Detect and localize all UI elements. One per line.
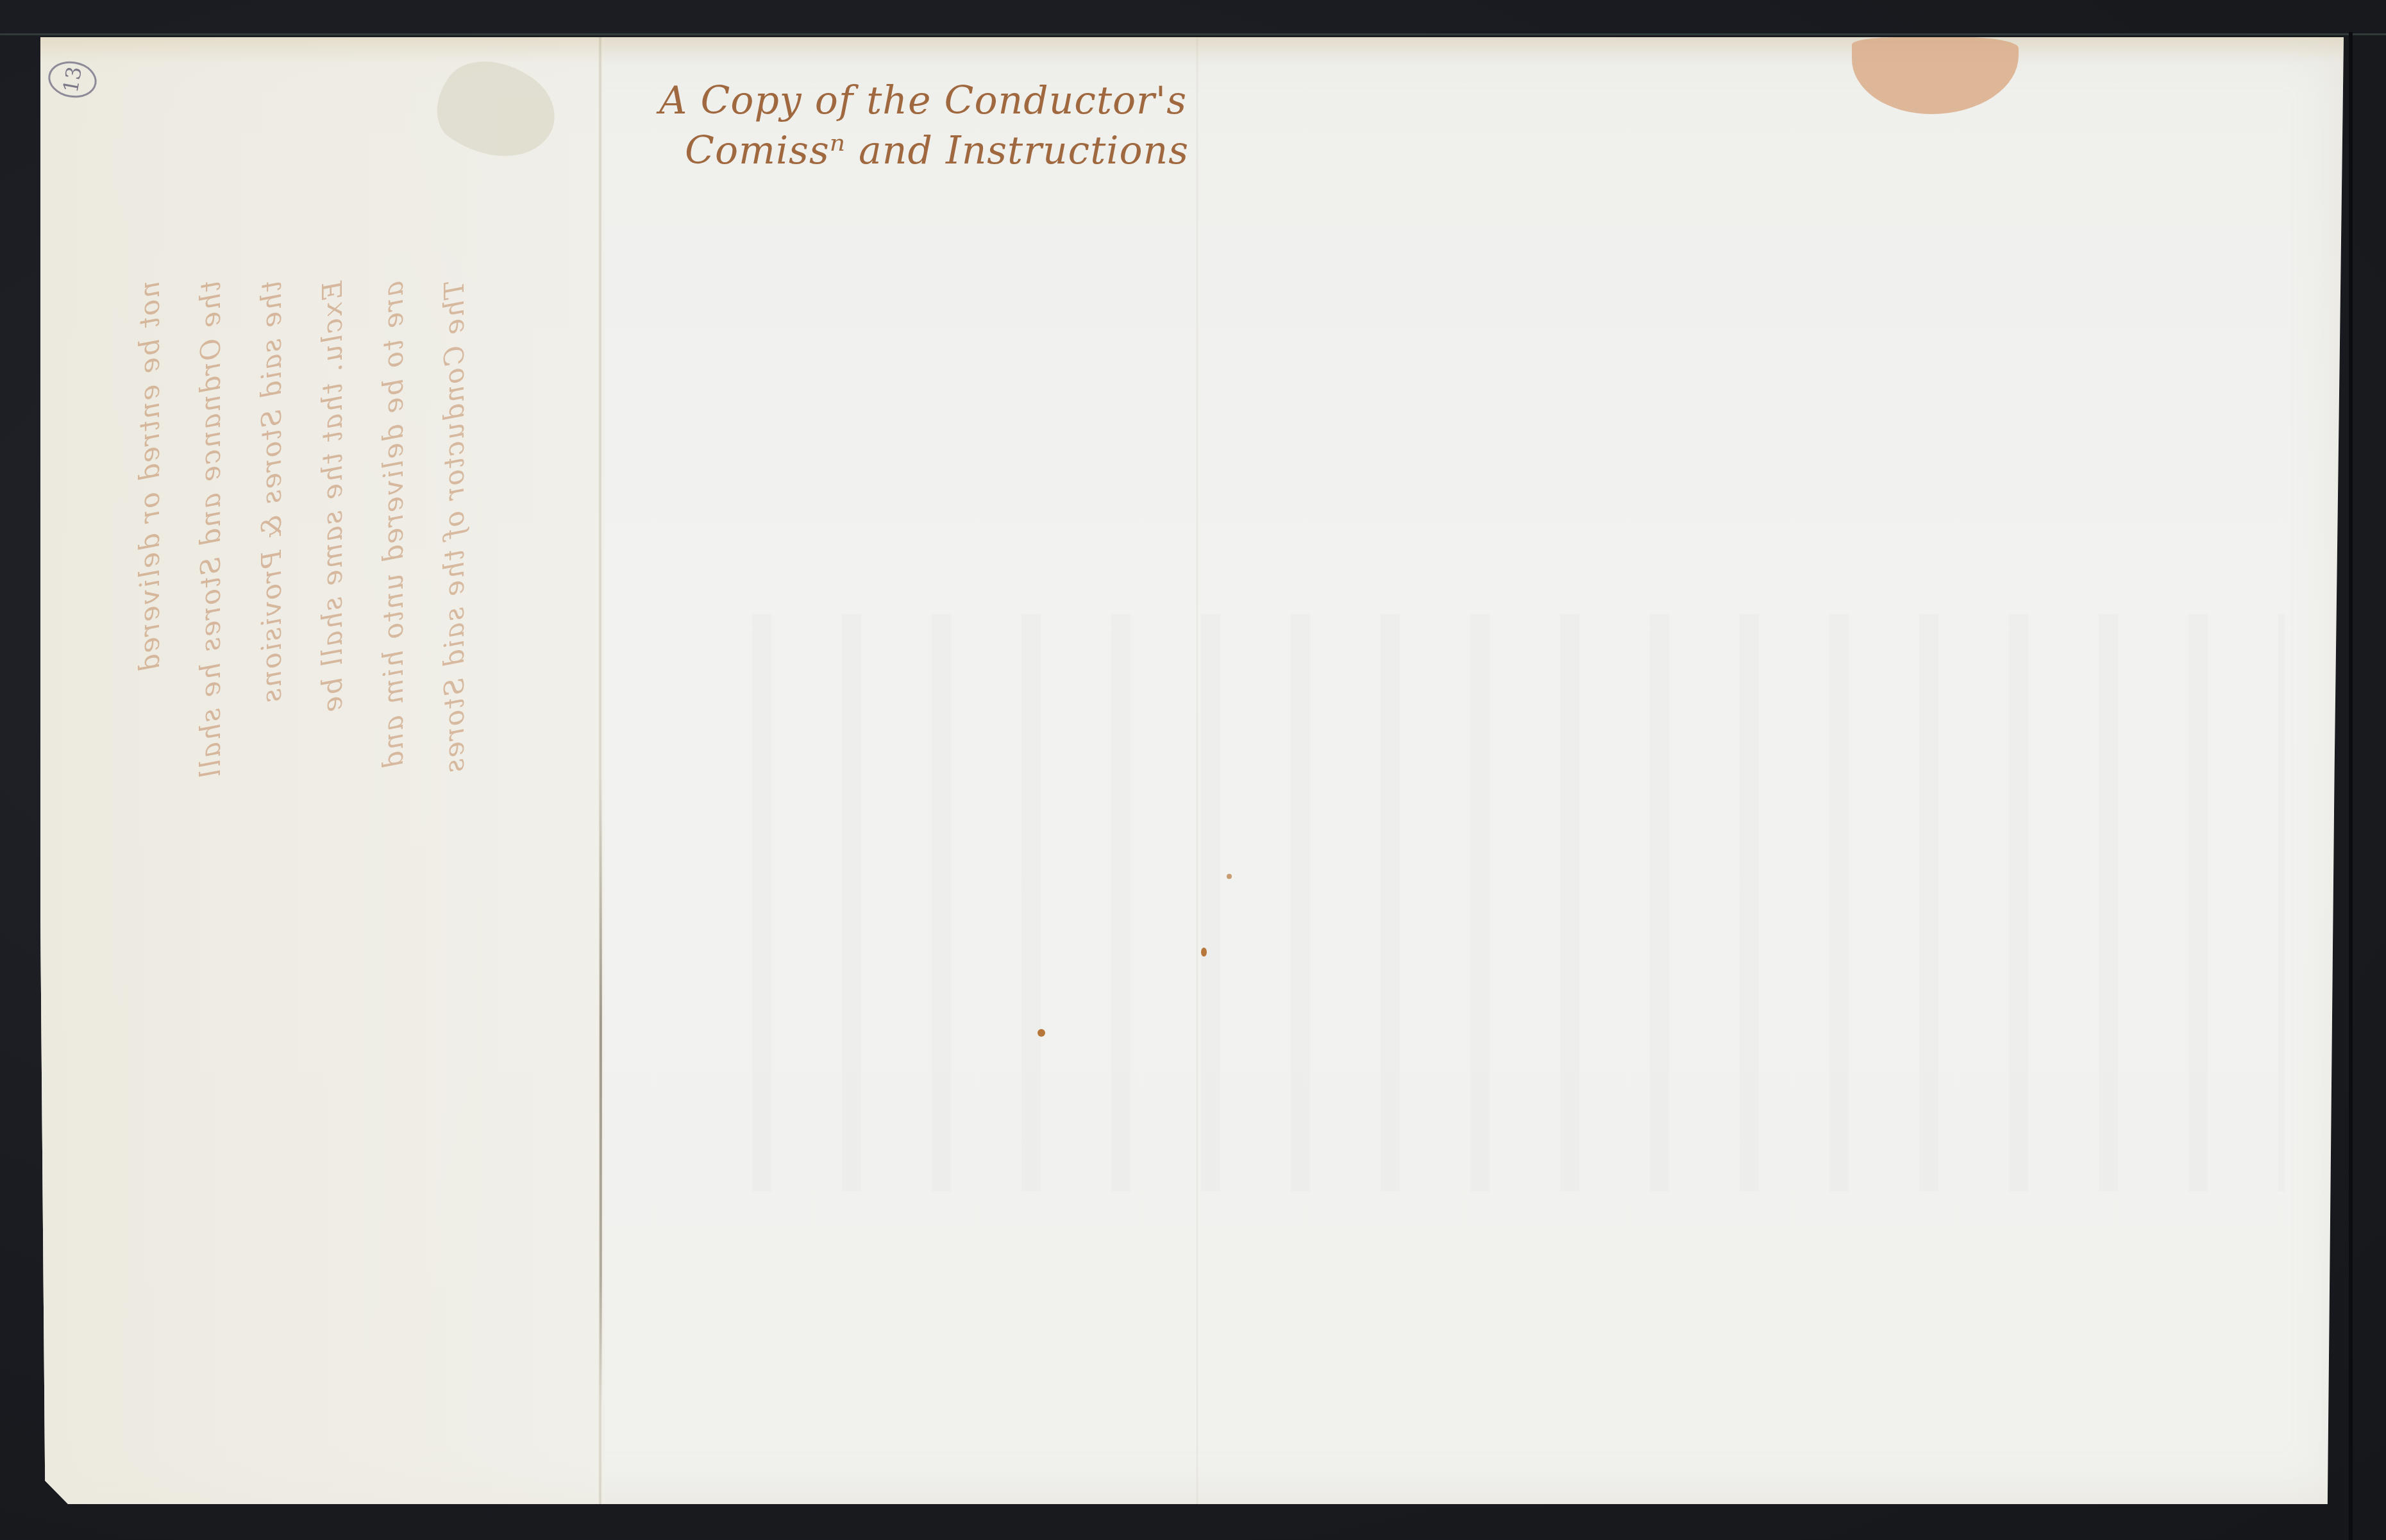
folio-number-text: 13 (58, 65, 87, 95)
endorsement-line-1: A Copy of the Conductor's (659, 76, 1236, 126)
foxing-stain-top (1852, 37, 2019, 114)
faint-reverse-text-shadow (682, 614, 2285, 1191)
manuscript-page: 13 A Copy of the Conductor's Comissⁿ and… (40, 37, 2344, 1504)
ink-speck (1038, 1029, 1045, 1037)
backdrop-right-rule (2349, 32, 2353, 1540)
bleed-through-line: the said Stores & Provisions (256, 281, 287, 1499)
bleed-through-line: not be entred or delivered (134, 281, 165, 1499)
ink-speck (1227, 874, 1232, 879)
bleed-through-line: the Ordnance and Stores he shall (195, 281, 226, 1499)
endorsement-line-2: Comissⁿ and Instructions (659, 126, 1236, 176)
bleed-through-line: The Conductor of the said Stores (439, 281, 470, 1499)
ink-bleed-through: The Conductor of the said Stores are to … (111, 281, 470, 1499)
docket-endorsement: A Copy of the Conductor's Comissⁿ and In… (659, 76, 1236, 176)
bleed-through-line: are to be delivered unto him and (378, 281, 409, 1499)
bleed-through-line: Exclu. that the same shall be (317, 281, 348, 1499)
fold-line-left-soiling (600, 774, 602, 1403)
ink-speck (1201, 948, 1207, 957)
backdrop-top-rule (0, 33, 2386, 35)
